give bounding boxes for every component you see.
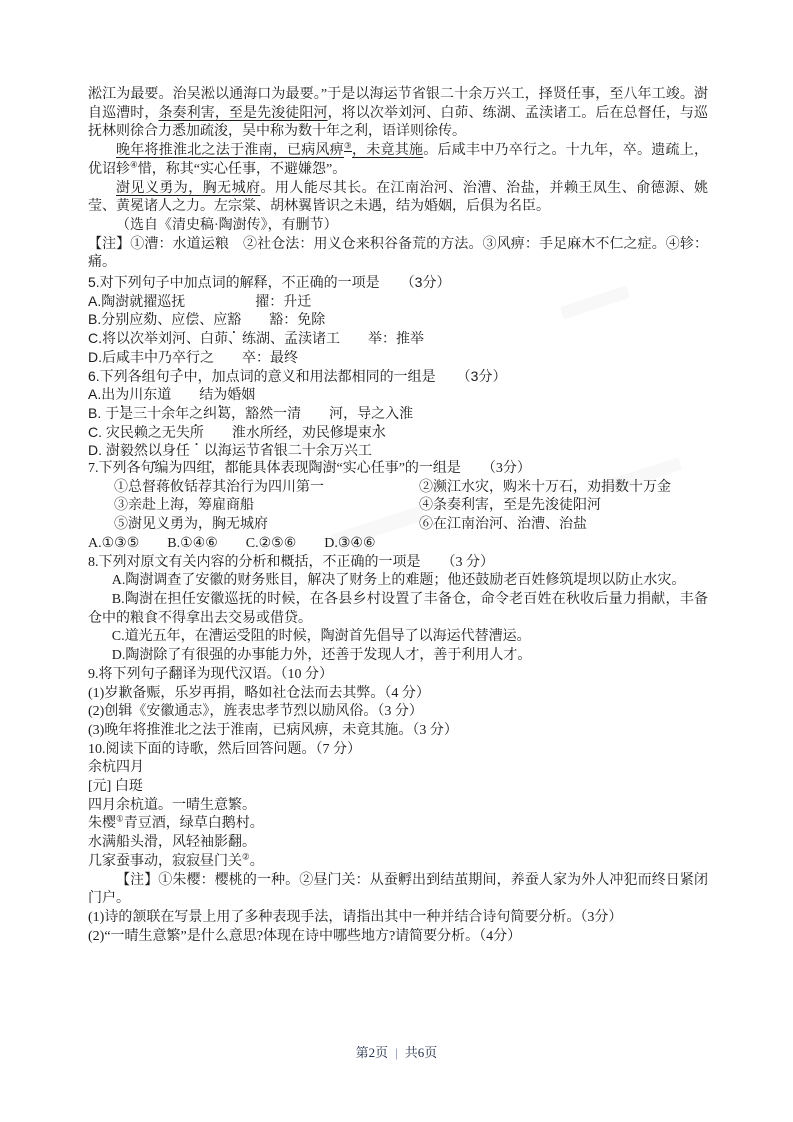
question-10-sub-1: (1)诗的颔联在写景上用了多种表现手法，请指出其中一种并结合诗句简要分析。（3分…: [88, 909, 708, 928]
passage-footnote: 【注】①漕：水道运粮 ②社仓法：用义仓来积谷备荒的方法。③风痹：手足麻木不仁之症…: [88, 236, 708, 273]
question-6: 6.下列各组句子中，加点词的意义和用法都相同的一组是 （3分） A.出为川东道 …: [88, 367, 708, 461]
q7-item-1: ①总督蒋攸铦荐其治行为四川第一: [114, 479, 419, 498]
passage-source: （选自《清史稿·陶澍传》，有删节）: [88, 217, 708, 236]
question-8-option-c: C.道光五年，在漕运受阻的时候，陶澍首先倡导了以海运代替漕运。: [88, 628, 708, 647]
page-footer: 第2页|共6页: [0, 1042, 793, 1061]
passage-paragraph-2: 晚年将推淮北之法于淮南，已病风痹③，未竟其施。后咸丰中乃卒行之。十九年，卒。遗疏…: [88, 142, 708, 179]
poem-line-4: 几家蚕事动，寂寂昼门关②。: [88, 853, 708, 872]
poem-author: [元] 白珽: [88, 778, 708, 797]
question-5: 5.对下列句子中加点词的解释，不正确的一项是 （3分） A.陶澍就擢巡抚 擢：升…: [88, 273, 708, 367]
footer-total-pages: 共6页: [405, 1045, 438, 1060]
question-7-choices: A.①③⑤ B.①④⑥ C.②⑤⑥ D.③④⑥: [88, 535, 708, 554]
poem-title: 余杭四月: [88, 759, 708, 778]
exam-content: 淞江为最要。治吴淞以通海口为最要。”于是以海运节省银二十余万兴工，择贤任事，至八…: [88, 86, 708, 946]
passage-paragraph-3: 澍见义勇为，胸无城府。用人能尽其长。在江南治河、治漕、治盐，并赖王凤生、俞德源、…: [88, 180, 708, 217]
question-6-stem: 6.下列各组句子中，加点词的意义和用法都相同的一组是 （3分）: [88, 367, 708, 386]
question-9-stem: 9.将下列句子翻译为现代汉语。（10 分）: [88, 666, 708, 685]
scanned-exam-page: { "colors": { "text": "#1c1c1c", "footer…: [0, 0, 793, 1122]
poem-line-1: 四月余杭道。一晴生意繁。: [88, 797, 708, 816]
question-5-stem: 5.对下列句子中加点词的解释，不正确的一项是 （3分）: [88, 273, 708, 292]
question-8-option-a: A.陶澍调查了安徽的财务账目，解决了财务上的难题；他还鼓励老百姓修筑堤坝以防止水…: [88, 572, 708, 591]
q7-item-3: ③亲赴上海，筹雇商船: [114, 497, 419, 516]
question-5-option-c: C.将以次举刘河、白茆、练湖、孟渎诸工 举：推举: [88, 329, 708, 348]
question-5-option-b: B.分别应劾、应偿、应豁 豁：免除: [88, 310, 708, 329]
question-8-option-b: B.陶澍在担任安徽巡抚的时候，在各县乡村设置了丰备仓，命令老百姓在秋收后量力捐献…: [88, 591, 708, 628]
question-7: 7.下列各句编为四组，都能具体表现陶澍“实心任事”的一组是 （3分） ①总督蒋攸…: [88, 460, 708, 554]
question-5-option-d: D.后咸丰中乃卒行之 卒：最终: [88, 348, 708, 367]
question-10-sub-2: (2)“一晴生意繁”是什么意思?体现在诗中哪些地方?请简要分析。（4分）: [88, 928, 708, 947]
question-6-option-d: D. 澍毅然以身任 以海运节省银二十余万兴工: [88, 441, 708, 460]
question-9: 9.将下列句子翻译为现代汉语。（10 分） (1)岁歉备赈，乐岁再捐，略如社仓法…: [88, 666, 708, 741]
question-5-option-a: A.陶澍就擢巡抚 擢：升迁: [88, 292, 708, 311]
footer-page-number: 第2页: [356, 1045, 389, 1060]
question-7-stem: 7.下列各句编为四组，都能具体表现陶澍“实心任事”的一组是 （3分）: [88, 460, 708, 479]
question-8-stem: 8.下列对原文有关内容的分析和概括，不正确的一项是 （3 分）: [88, 554, 708, 573]
question-9-item-2: (2)创辑《安徽通志》，旌表忠孝节烈以励风俗。（3 分）: [88, 703, 708, 722]
footer-separator: |: [395, 1045, 398, 1060]
question-10-stem: 10.阅读下面的诗歌，然后回答问题。（7 分）: [88, 741, 708, 760]
passage-paragraph-1: 淞江为最要。治吴淞以通海口为最要。”于是以海运节省银二十余万兴工，择贤任事，至八…: [88, 86, 708, 142]
poem-footnote: 【注】①朱樱：樱桃的一种。②昼门关：从蚕孵出到结茧期间，养蚕人家为外人冲犯而终日…: [88, 872, 708, 909]
question-10: 10.阅读下面的诗歌，然后回答问题。（7 分） 余杭四月 [元] 白珽 四月余杭…: [88, 741, 708, 947]
q7-item-4: ④条奏利害，至是先浚徒阳河: [419, 497, 708, 516]
q7-item-5: ⑤澍见义勇为，胸无城府: [114, 516, 419, 535]
q7-item-6: ⑥在江南治河、治漕、治盐: [419, 516, 708, 535]
question-9-item-1: (1)岁歉备赈，乐岁再捐，略如社仓法而去其弊。（4 分）: [88, 685, 708, 704]
question-6-option-c: C. 灾民赖之无失所 淮水所经，劝民修堤束水: [88, 423, 708, 442]
question-8: 8.下列对原文有关内容的分析和概括，不正确的一项是 （3 分） A.陶澍调查了安…: [88, 554, 708, 666]
question-7-items: ①总督蒋攸铦荐其治行为四川第一 ②濒江水灾，购米十万石，劝捐数十万金 ③亲赴上海…: [88, 479, 708, 535]
question-8-option-d: D.陶澍除了有很强的办事能力外，还善于发现人才，善于利用人才。: [88, 647, 708, 666]
q7-item-2: ②濒江水灾，购米十万石，劝捐数十万金: [419, 479, 708, 498]
poem-line-3: 水满船头滑，风轻袖影翻。: [88, 834, 708, 853]
poem-line-2: 朱樱①青豆酒，绿草白鹅村。: [88, 815, 708, 834]
question-6-option-b: B. 于是三十余年之纠葛，豁然一清 河，导之入淮: [88, 404, 708, 423]
question-9-item-3: (3)晚年将推淮北之法于淮南，已病风痹，未竟其施。（3 分）: [88, 722, 708, 741]
question-6-option-a: A.出为川东道 结为婚姻: [88, 385, 708, 404]
